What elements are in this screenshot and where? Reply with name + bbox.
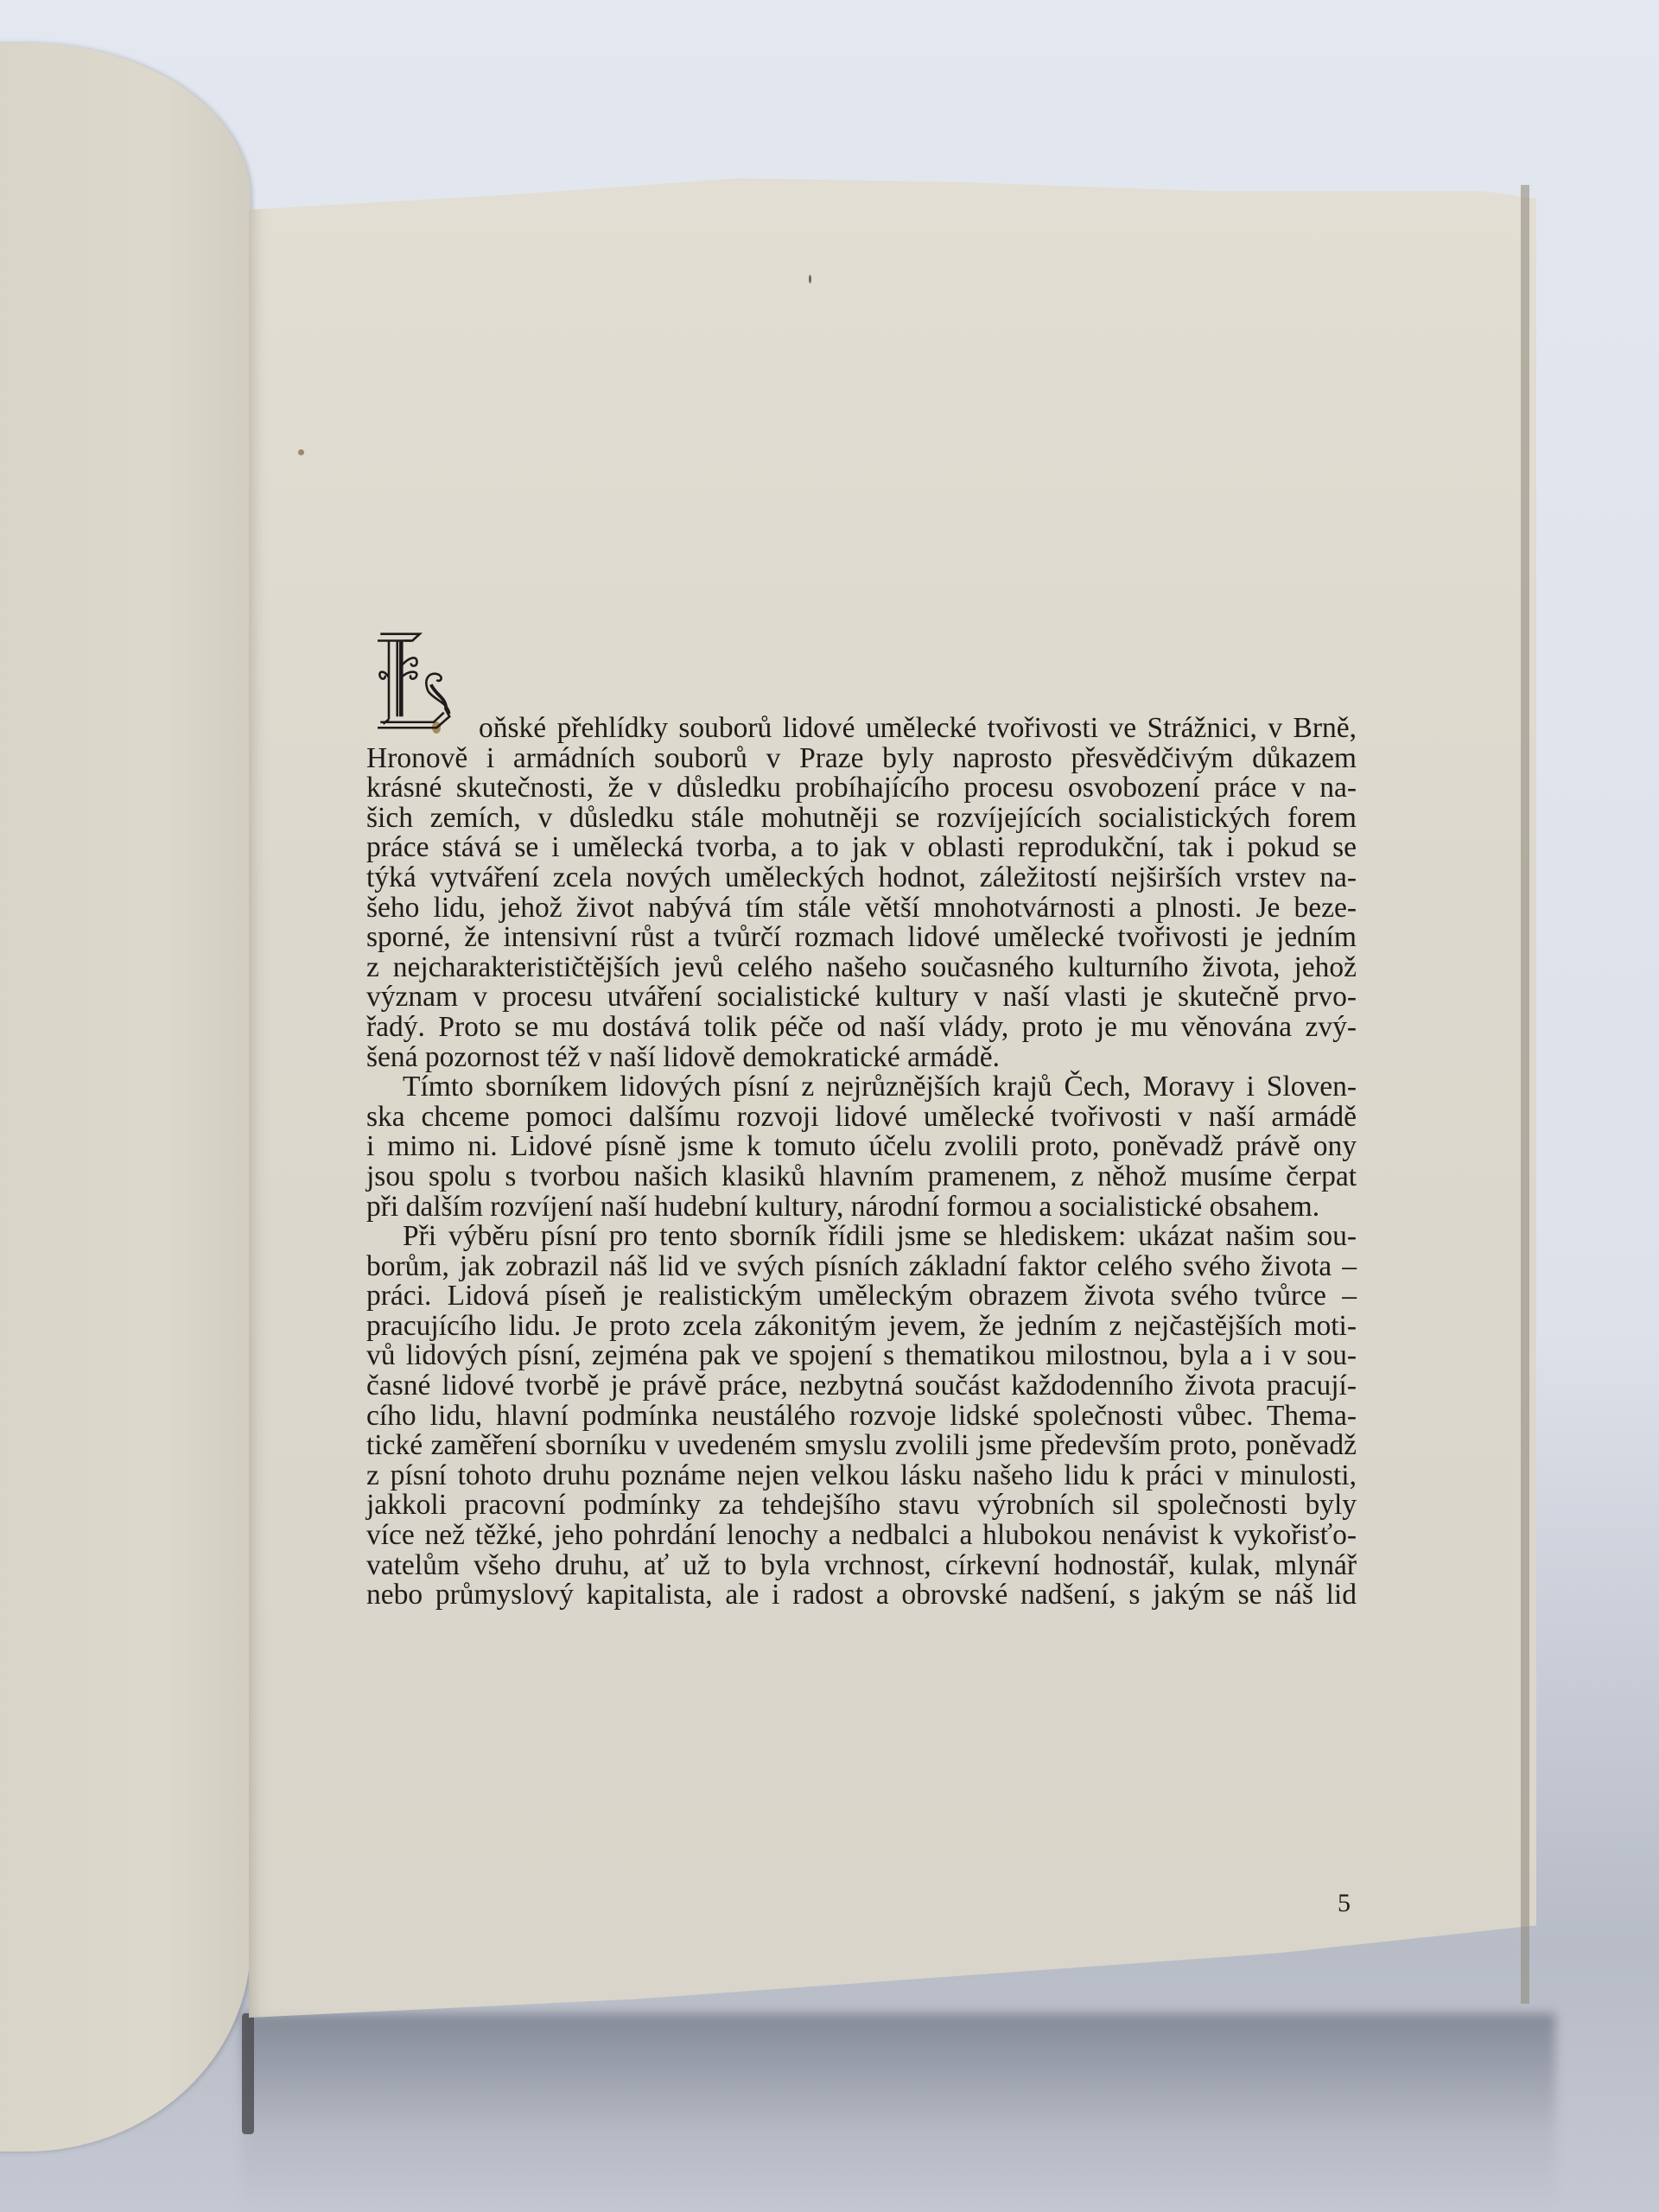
book-shadow <box>242 2013 1555 2212</box>
left-page-curl <box>0 43 251 2152</box>
paper-speck <box>809 275 811 283</box>
paragraph-1: oňské přehlídky souborů lidové umělecké … <box>366 714 1357 1072</box>
text-line: Hronově i armádních souborů v Praze byly… <box>366 744 1357 774</box>
text-line: práci. Lidová píseň je realistickým uměl… <box>366 1281 1357 1312</box>
text-line: i mimo ni. Lidové písně jsme k tomuto úč… <box>366 1132 1357 1162</box>
page-number: 5 <box>1338 1889 1351 1918</box>
ornamental-drop-cap-L-icon <box>366 615 479 745</box>
text-line: šeho lidu, jehož život nabývá tím stále … <box>366 893 1357 924</box>
text-line: z nejcharakterističtějších jevů celého n… <box>366 953 1357 983</box>
book-spine <box>242 2013 254 2134</box>
paper-speck <box>298 449 304 455</box>
paragraph-2: Tímto sborníkem lidových písní z nejrůzn… <box>366 1072 1357 1222</box>
text-line: pracujícího lidu. Je proto zcela zákonit… <box>366 1312 1357 1342</box>
text-line: vatelům všeho druhu, ať už to byla vrchn… <box>366 1551 1357 1581</box>
text-line: týká vytváření zcela nových uměleckých h… <box>366 863 1357 893</box>
text-line: vů lidových písní, zejména pak ve spojen… <box>366 1341 1357 1371</box>
text-line: práce stává se i umělecká tvorba, a to j… <box>366 833 1357 863</box>
text-line: šich zemích, v důsledku stále mohutněji … <box>366 804 1357 834</box>
body-text: oňské přehlídky souborů lidové umělecké … <box>366 615 1357 1611</box>
text-line: jsou spolu s tvorbou našich klasiků hlav… <box>366 1162 1357 1192</box>
text-line: tické zaměření sborníku v uvedeném smysl… <box>366 1431 1357 1461</box>
page-stack-edge <box>1521 185 1529 2004</box>
text-line: nebo průmyslový kapitalista, ale i rados… <box>366 1580 1357 1611</box>
text-line: cího lidu, hlavní podmínka neustálého ro… <box>366 1402 1357 1432</box>
text-line: více než těžké, jeho pohrdání lenochy a … <box>366 1521 1357 1551</box>
text-line: při dalším rozvíjení naší hudební kultur… <box>366 1192 1357 1223</box>
text-line: šená pozornost též v naší lidově demokra… <box>366 1043 1357 1073</box>
text-line: borům, jak zobrazil náš lid ve svých pís… <box>366 1252 1357 1282</box>
text-line: Při výběru písní pro tento sborník řídil… <box>366 1222 1357 1252</box>
text-line: sporné, že intensivní růst a tvůrčí rozm… <box>366 923 1357 953</box>
text-line: časné lidové tvorbě je právě práce, nezb… <box>366 1371 1357 1402</box>
text-line: ska chceme pomoci dalšímu rozvoji lidové… <box>366 1103 1357 1133</box>
text-line: krásné skutečnosti, že v důsledku probíh… <box>366 773 1357 804</box>
text-line: Tímto sborníkem lidových písní z nejrůzn… <box>366 1072 1357 1103</box>
paragraph-3: Při výběru písní pro tento sborník řídil… <box>366 1222 1357 1611</box>
text-line: význam v procesu utváření socialistické … <box>366 982 1357 1013</box>
text-line: řadý. Proto se mu dostává tolik péče od … <box>366 1013 1357 1043</box>
drop-cap-container <box>366 615 1357 728</box>
text-line: jakkoli pracovní podmínky za tehdejšího … <box>366 1491 1357 1521</box>
text-line: z písní tohoto druhu poznáme nejen velko… <box>366 1461 1357 1491</box>
